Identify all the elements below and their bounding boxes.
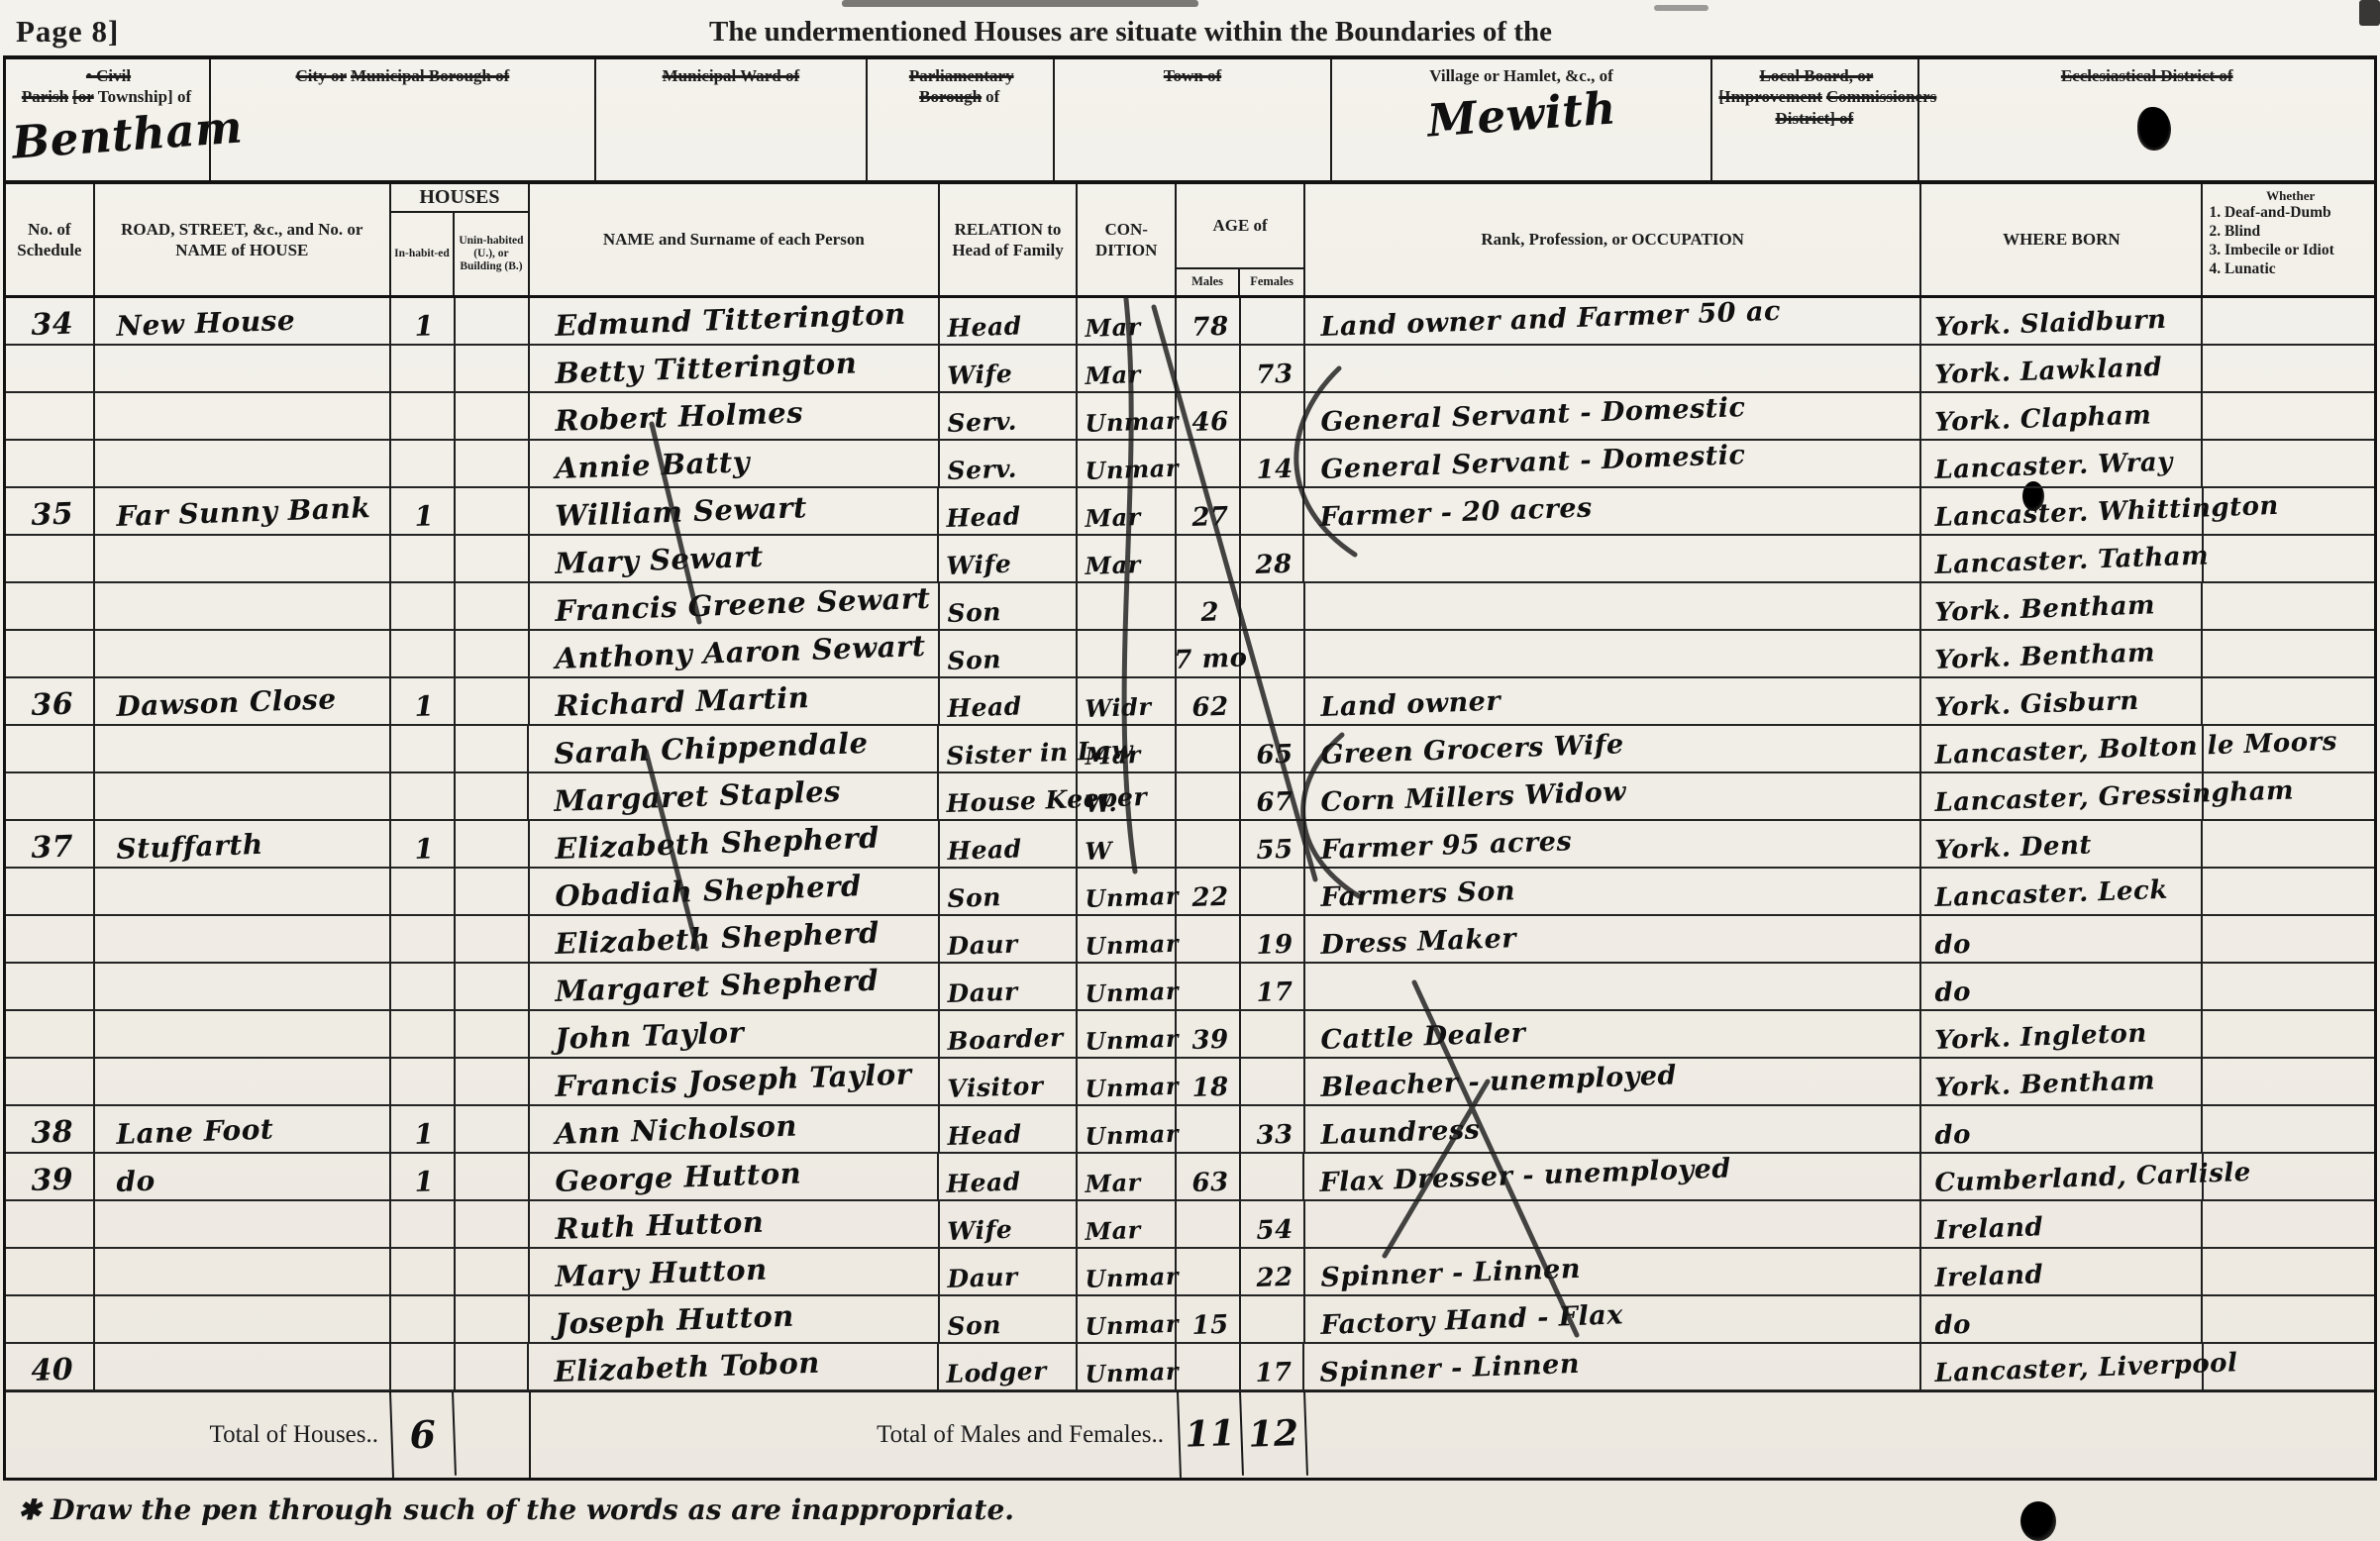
col-header-infirmity: Whether 1. Deaf-and-Dumb 2. Blind 3. Imb… xyxy=(2203,184,2374,295)
road-cell: do xyxy=(95,1154,391,1201)
inhab-cell xyxy=(391,1059,456,1106)
handwritten-entry: Son xyxy=(947,1310,1001,1341)
age-f-cell: 54 xyxy=(1241,1201,1305,1249)
inhab-cell xyxy=(391,773,456,821)
inhab-cell: 1 xyxy=(391,298,456,346)
handwritten-entry: 62 xyxy=(1191,692,1229,723)
handwritten-entry: Serv. xyxy=(947,455,1017,485)
uninhab-cell xyxy=(456,1154,530,1201)
handwritten-entry: Head xyxy=(947,834,1022,866)
age-m-cell xyxy=(1177,1344,1241,1391)
infirmity-cell xyxy=(2203,441,2374,488)
age-m-cell xyxy=(1177,726,1241,773)
uninhab-cell xyxy=(456,916,530,964)
handwritten-entry: Lodger xyxy=(946,1356,1047,1388)
age-m-cell: 39 xyxy=(1177,1011,1241,1059)
relation-cell: Head xyxy=(940,1106,1079,1154)
handwritten-entry: Laundress xyxy=(1320,1114,1481,1151)
handwritten-entry: Son xyxy=(947,882,1001,913)
age-f-cell xyxy=(1241,393,1305,441)
table-row: 37Stuffarth1Elizabeth ShepherdHeadW55Far… xyxy=(6,821,2374,869)
table-row: Annie BattyServ.Unmar14General Servant -… xyxy=(6,441,2374,488)
name-cell: William Sewart xyxy=(530,488,940,536)
relation-cell: Head xyxy=(939,1154,1078,1201)
handwritten-entry: Lancaster, Liverpool xyxy=(1933,1348,2237,1388)
condition-cell: Unmar xyxy=(1078,869,1177,916)
handwritten-entry: Bleacher - unemployed xyxy=(1320,1060,1678,1103)
handwritten-entry: 63 xyxy=(1191,1168,1229,1198)
condition-cell: Unmar xyxy=(1078,1059,1177,1106)
relation-cell: Son xyxy=(940,631,1079,678)
handwritten-entry: Unmar xyxy=(1085,1309,1179,1341)
born-cell: Lancaster, Bolton le Moors xyxy=(1921,726,2204,773)
road-cell: Far Sunny Bank xyxy=(95,488,391,536)
sched-cell xyxy=(6,393,95,441)
handwritten-entry: 27 xyxy=(1191,502,1229,533)
occupation-cell: General Servant - Domestic xyxy=(1305,441,1921,488)
age-f-cell xyxy=(1241,1059,1305,1106)
occupation-cell: Land owner and Farmer 50 ac xyxy=(1305,298,1921,346)
born-cell: Cumberland, Carlisle xyxy=(1921,1154,2204,1201)
col-header-females: Females xyxy=(1240,269,1303,295)
table-row: Francis Greene SewartSon2York. Bentham xyxy=(6,583,2374,631)
total-males-value: 11 xyxy=(1177,1390,1244,1478)
born-cell: Ireland xyxy=(1921,1201,2203,1249)
handwritten-entry: Ireland xyxy=(1934,1260,2044,1293)
handwritten-entry: Elizabeth Tobon xyxy=(554,1346,821,1388)
handwritten-entry: Lane Foot xyxy=(116,1112,274,1151)
uninhab-cell xyxy=(456,1201,530,1249)
inhab-cell xyxy=(391,346,456,393)
infirmity-item: 3. Imbecile or Idiot xyxy=(2209,242,2372,260)
uninhab-cell xyxy=(456,678,530,726)
handwritten-entry: 1 xyxy=(414,832,435,866)
name-cell: Elizabeth Tobon xyxy=(529,1344,939,1391)
sched-cell xyxy=(6,916,95,964)
total-males-females-label: Total of Males and Females.. xyxy=(531,1392,1180,1478)
handwritten-entry: Head xyxy=(946,1167,1021,1198)
col-header-condition: CON-DITION xyxy=(1078,184,1177,295)
name-cell: Francis Greene Sewart xyxy=(530,583,940,631)
handwritten-entry: 7 mo xyxy=(1173,643,1247,675)
age-f-cell: 17 xyxy=(1241,1344,1305,1391)
sched-cell: 40 xyxy=(6,1344,95,1391)
table-row: Mary HuttonDaurUnmar22Spinner - LinnenIr… xyxy=(6,1249,2374,1296)
table-body: 34New House1Edmund TitteringtonHeadMar78… xyxy=(6,298,2374,1391)
occupation-cell xyxy=(1305,346,1921,393)
sched-cell: 36 xyxy=(6,678,95,726)
table-row: 40Elizabeth TobonLodgerUnmar17Spinner - … xyxy=(6,1344,2374,1391)
condition-cell: W. xyxy=(1078,773,1177,821)
name-cell: Mary Sewart xyxy=(530,536,940,583)
name-cell: Margaret Shepherd xyxy=(530,964,940,1011)
handwritten-entry: Ruth Hutton xyxy=(555,1205,765,1246)
road-cell xyxy=(95,631,391,678)
age-m-cell xyxy=(1177,1106,1241,1154)
age-f-cell: 22 xyxy=(1241,1249,1305,1296)
name-cell: Elizabeth Shepherd xyxy=(530,916,940,964)
born-cell: York. Slaidburn xyxy=(1921,298,2203,346)
uninhab-cell xyxy=(456,1059,530,1106)
handwritten-entry: W. xyxy=(1085,788,1118,818)
relation-cell: Sister in Law xyxy=(939,726,1078,773)
name-cell: Ruth Hutton xyxy=(530,1201,940,1249)
handwritten-entry: Ireland xyxy=(1934,1212,2044,1246)
age-f-cell xyxy=(1241,1296,1305,1344)
infirmity-cell xyxy=(2203,821,2374,869)
col-header-where-born: WHERE BORN xyxy=(1921,184,2203,295)
handwritten-entry: Farmer 95 acres xyxy=(1320,826,1573,866)
uninhab-cell xyxy=(456,488,530,536)
name-cell: Elizabeth Shepherd xyxy=(530,821,940,869)
occupation-cell: Cattle Dealer xyxy=(1305,1011,1921,1059)
relation-cell: Wife xyxy=(940,346,1079,393)
handwritten-entry: Dress Maker xyxy=(1320,923,1517,961)
handwritten-entry: 2 xyxy=(1200,597,1220,628)
condition-cell: Mar xyxy=(1078,488,1177,536)
infirmity-item: 2. Blind xyxy=(2209,223,2372,242)
table-row: 34New House1Edmund TitteringtonHeadMar78… xyxy=(6,298,2374,346)
age-f-cell: 67 xyxy=(1241,773,1305,821)
handwritten-entry: Unmar xyxy=(1085,1262,1179,1293)
born-cell: Lancaster, Gressingham xyxy=(1921,773,2204,821)
condition-cell: Unmar xyxy=(1078,1344,1177,1391)
table-row: 35Far Sunny Bank1William SewartHeadMar27… xyxy=(6,488,2374,536)
condition-cell: Mar xyxy=(1078,536,1177,583)
age-m-cell: 27 xyxy=(1177,488,1241,536)
handwritten-entry: 1 xyxy=(414,499,435,533)
infirmity-cell xyxy=(2203,583,2374,631)
handwritten-entry: 15 xyxy=(1191,1310,1229,1341)
total-houses-value: 6 xyxy=(389,1390,457,1478)
table-row: John TaylorBoarderUnmar39Cattle DealerYo… xyxy=(6,1011,2374,1059)
born-cell: Lancaster. Whittington xyxy=(1921,488,2204,536)
uninhab-cell xyxy=(456,869,530,916)
handwritten-entry: Farmer - 20 acres xyxy=(1319,492,1593,533)
occupation-cell: General Servant - Domestic xyxy=(1305,393,1921,441)
handwritten-entry: Wife xyxy=(947,1215,1013,1246)
age-f-cell xyxy=(1241,488,1305,536)
infirmity-cell xyxy=(2204,488,2375,536)
handwritten-entry: William Sewart xyxy=(554,490,807,533)
sched-cell xyxy=(6,773,95,821)
handwritten-entry: 1 xyxy=(414,309,435,343)
table-row: 36Dawson Close1Richard MartinHeadWidr62L… xyxy=(6,678,2374,726)
born-cell: York. Bentham xyxy=(1921,583,2203,631)
handwritten-entry: Mar xyxy=(1085,550,1141,580)
relation-cell: Head xyxy=(939,488,1078,536)
condition-cell xyxy=(1078,631,1177,678)
district-cell: Local Board, or [ImprovementCommissioner… xyxy=(1712,59,1919,180)
sched-cell xyxy=(6,346,95,393)
infirmity-cell xyxy=(2203,1106,2374,1154)
handwritten-entry: Mar xyxy=(1085,360,1141,390)
handwritten-entry: Mar xyxy=(1085,312,1141,343)
col-header-road: ROAD, STREET, &c., and No. or NAME of HO… xyxy=(95,184,391,295)
name-cell: Annie Batty xyxy=(530,441,940,488)
sched-cell xyxy=(6,1296,95,1344)
table-row: Robert HolmesServ.Unmar46General Servant… xyxy=(6,393,2374,441)
handwritten-entry: General Servant - Domestic xyxy=(1320,392,1746,438)
handwritten-entry: Boarder xyxy=(947,1023,1064,1056)
condition-cell: Unmar xyxy=(1078,1106,1177,1154)
uninhab-cell xyxy=(456,1011,530,1059)
handwritten-entry: Mar xyxy=(1085,1168,1141,1198)
age-f-cell: 19 xyxy=(1241,916,1305,964)
handwritten-entry: do xyxy=(1934,1310,1972,1341)
handwritten-entry: 37 xyxy=(30,830,73,866)
totals-spacer xyxy=(457,1392,531,1478)
road-cell xyxy=(95,869,391,916)
sched-cell: 37 xyxy=(6,821,95,869)
inhab-cell: 1 xyxy=(391,1106,456,1154)
inhab-cell: 1 xyxy=(391,488,456,536)
handwritten-entry: do xyxy=(1934,930,1972,961)
handwritten-entry: Mary Hutton xyxy=(554,1253,767,1293)
handwritten-entry: Mar xyxy=(1085,1215,1141,1246)
born-cell: do xyxy=(1921,916,2203,964)
relation-cell: Wife xyxy=(940,1201,1079,1249)
inhab-cell xyxy=(391,583,456,631)
age-m-cell: 46 xyxy=(1177,393,1241,441)
handwritten-entry: 54 xyxy=(1256,1215,1293,1246)
condition-cell: Mar xyxy=(1078,298,1177,346)
handwritten-entry: 14 xyxy=(1256,455,1293,485)
occupation-cell: Corn Millers Widow xyxy=(1305,773,1921,821)
handwritten-entry: Francis Greene Sewart xyxy=(555,581,931,628)
age-m-cell xyxy=(1177,441,1241,488)
infirmity-cell xyxy=(2203,678,2374,726)
handwritten-entry: 1 xyxy=(414,689,435,723)
handwritten-entry: Widr xyxy=(1085,692,1152,723)
condition-cell: Mar xyxy=(1078,1154,1177,1201)
handwritten-entry: Edmund Titterington xyxy=(555,297,906,343)
age-title: AGE of xyxy=(1177,184,1303,267)
age-m-cell: 18 xyxy=(1177,1059,1241,1106)
handwritten-entry: York. Ingleton xyxy=(1934,1019,2147,1056)
occupation-cell xyxy=(1305,964,1921,1011)
born-cell: do xyxy=(1921,964,2203,1011)
sched-cell xyxy=(6,583,95,631)
table-frame: • Civil Parish[orTownship] ofBenthamCity… xyxy=(3,55,2377,1481)
handwritten-entry: Obadiah Shepherd xyxy=(554,869,861,913)
inhab-cell xyxy=(391,1296,456,1344)
sched-cell xyxy=(6,869,95,916)
road-cell xyxy=(95,393,391,441)
handwritten-entry: Lancaster. Wray xyxy=(1934,448,2173,485)
table-row: Joseph HuttonSonUnmar15Factory Hand - Fl… xyxy=(6,1296,2374,1344)
col-header-name: NAME and Surname of each Person xyxy=(530,184,940,295)
district-value: Mewith xyxy=(1336,75,1707,154)
age-m-cell: 62 xyxy=(1177,678,1241,726)
condition-cell: Unmar xyxy=(1078,393,1177,441)
handwritten-entry: 28 xyxy=(1255,550,1293,580)
handwritten-entry: 39 xyxy=(30,1163,73,1198)
handwritten-entry: 18 xyxy=(1191,1073,1229,1103)
handwritten-entry: Son xyxy=(947,645,1001,675)
road-cell xyxy=(95,1296,391,1344)
handwritten-entry: Unmar xyxy=(1085,881,1179,913)
born-cell: York. Bentham xyxy=(1921,1059,2203,1106)
inhab-cell xyxy=(391,964,456,1011)
occupation-cell xyxy=(1305,631,1921,678)
age-f-cell xyxy=(1241,1154,1305,1201)
uninhab-cell xyxy=(456,1106,530,1154)
inhab-cell xyxy=(391,869,456,916)
table-row: Anthony Aaron SewartSon7 moYork. Bentham xyxy=(6,631,2374,678)
born-cell: do xyxy=(1921,1296,2203,1344)
relation-cell: Son xyxy=(940,869,1079,916)
age-m-cell xyxy=(1177,773,1241,821)
handwritten-entry: Wife xyxy=(946,550,1012,580)
handwritten-entry: 40 xyxy=(30,1353,73,1388)
name-cell: Anthony Aaron Sewart xyxy=(530,631,940,678)
uninhab-cell xyxy=(456,393,530,441)
handwritten-entry: Dawson Close xyxy=(116,682,337,723)
inhab-cell xyxy=(391,726,456,773)
age-f-cell xyxy=(1241,1011,1305,1059)
handwritten-entry: Farmers Son xyxy=(1320,875,1516,913)
occupation-cell: Spinner - Linnen xyxy=(1305,1249,1921,1296)
table-row: 38Lane Foot1Ann NicholsonHeadUnmar33Laun… xyxy=(6,1106,2374,1154)
sched-cell xyxy=(6,441,95,488)
name-cell: Sarah Chippendale xyxy=(529,726,939,773)
houses-title: HOUSES xyxy=(391,184,528,213)
handwritten-entry: Elizabeth Shepherd xyxy=(554,916,880,961)
handwritten-entry: Daur xyxy=(947,930,1018,961)
district-label: Town of xyxy=(1061,65,1323,86)
occupation-cell: Land owner xyxy=(1305,678,1921,726)
born-cell: Lancaster. Tatham xyxy=(1921,536,2204,583)
totals-empty xyxy=(1308,1392,2374,1478)
infirmity-item: 4. Lunatic xyxy=(2209,260,2372,279)
age-m-cell xyxy=(1177,964,1241,1011)
table-row: Margaret StaplesHouse KeeperW.67Corn Mil… xyxy=(6,773,2374,821)
uninhab-cell xyxy=(456,441,530,488)
handwritten-entry: 65 xyxy=(1255,740,1293,770)
handwritten-entry: Unmar xyxy=(1085,1357,1179,1388)
handwritten-entry: York. Dent xyxy=(1934,830,2092,866)
sched-cell xyxy=(6,964,95,1011)
handwritten-entry: do xyxy=(116,1165,155,1198)
road-cell: Stuffarth xyxy=(95,821,391,869)
uninhab-cell xyxy=(456,1249,530,1296)
road-cell xyxy=(95,1344,391,1391)
handwritten-entry: George Hutton xyxy=(554,1156,801,1198)
age-f-cell xyxy=(1241,583,1305,631)
district-label: Ecclesiastical District of xyxy=(1925,65,2368,86)
district-cell: City orMunicipal Borough of xyxy=(211,59,596,180)
handwritten-entry: Head xyxy=(947,691,1022,723)
handwritten-entry: Margaret Shepherd xyxy=(554,964,879,1008)
inhab-cell xyxy=(391,1344,456,1391)
relation-cell: Boarder xyxy=(940,1011,1079,1059)
age-m-cell: 78 xyxy=(1177,298,1241,346)
district-cell: • Civil Parish[orTownship] ofBentham xyxy=(6,59,211,180)
infirmity-item: 1. Deaf-and-Dumb xyxy=(2209,204,2372,223)
handwritten-entry: 34 xyxy=(30,307,73,343)
sched-cell xyxy=(6,1201,95,1249)
condition-cell: Unmar xyxy=(1078,1011,1177,1059)
infirmity-cell xyxy=(2204,1344,2374,1391)
infirmity-cell xyxy=(2203,631,2374,678)
inhab-cell: 1 xyxy=(391,678,456,726)
col-header-males: Males xyxy=(1177,269,1240,295)
handwritten-entry: Robert Holmes xyxy=(554,395,803,438)
infirmity-cell xyxy=(2203,916,2374,964)
relation-cell: Son xyxy=(940,1296,1079,1344)
handwritten-entry: 22 xyxy=(1191,882,1229,913)
age-m-cell: 7 mo xyxy=(1177,631,1241,678)
uninhab-cell xyxy=(456,346,530,393)
handwritten-entry: York. Bentham xyxy=(1934,1066,2156,1103)
name-cell: Francis Joseph Taylor xyxy=(530,1059,940,1106)
handwritten-entry: Elizabeth Shepherd xyxy=(555,821,880,866)
handwritten-entry: Spinner - Linnen xyxy=(1320,1254,1582,1293)
handwritten-entry: 22 xyxy=(1256,1263,1293,1293)
handwritten-entry: New House xyxy=(116,304,296,343)
handwritten-entry: Anthony Aaron Sewart xyxy=(555,629,926,675)
age-f-cell xyxy=(1241,298,1305,346)
occupation-cell: Factory Hand - Flax xyxy=(1305,1296,1921,1344)
infirmity-cell xyxy=(2203,1059,2374,1106)
handwritten-entry: York. Gisburn xyxy=(1934,686,2139,723)
age-f-cell: 73 xyxy=(1241,346,1305,393)
sched-cell xyxy=(6,1011,95,1059)
occupation-cell: Flax Dresser - unemployed xyxy=(1304,1154,1920,1201)
handwritten-entry: 17 xyxy=(1256,977,1293,1008)
ink-blot xyxy=(2020,1501,2056,1541)
table-row: Ruth HuttonWifeMar54Ireland xyxy=(6,1201,2374,1249)
condition-cell: Unmar xyxy=(1078,964,1177,1011)
district-value: Bentham xyxy=(10,103,204,168)
age-m-cell xyxy=(1177,916,1241,964)
handwritten-entry: Joseph Hutton xyxy=(554,1299,794,1341)
infirmity-cell xyxy=(2203,298,2374,346)
uninhab-cell xyxy=(456,1296,530,1344)
table-row: Obadiah ShepherdSonUnmar22Farmers SonLan… xyxy=(6,869,2374,916)
road-cell: New House xyxy=(95,298,391,346)
age-m-cell xyxy=(1177,346,1241,393)
relation-cell: Head xyxy=(940,821,1079,869)
age-f-cell: 17 xyxy=(1241,964,1305,1011)
table-row: Betty TitteringtonWifeMar73York. Lawklan… xyxy=(6,346,2374,393)
born-cell: Ireland xyxy=(1921,1249,2203,1296)
born-cell: York. Gisburn xyxy=(1921,678,2203,726)
age-f-cell xyxy=(1241,631,1305,678)
occupation-cell: Dress Maker xyxy=(1305,916,1921,964)
road-cell xyxy=(95,1249,391,1296)
age-m-cell xyxy=(1177,821,1241,869)
road-cell xyxy=(95,916,391,964)
handwritten-entry: 35 xyxy=(30,497,73,533)
handwritten-entry: 55 xyxy=(1256,835,1293,866)
condition-cell: Unmar xyxy=(1078,916,1177,964)
total-houses-label: Total of Houses.. xyxy=(6,1392,392,1478)
name-cell: Edmund Titterington xyxy=(530,298,940,346)
age-m-cell: 2 xyxy=(1177,583,1241,631)
district-cell: Municipal Ward of xyxy=(596,59,868,180)
table-row: Elizabeth ShepherdDaurUnmar19Dress Maker… xyxy=(6,916,2374,964)
relation-cell: Son xyxy=(940,583,1079,631)
name-cell: Obadiah Shepherd xyxy=(530,869,940,916)
relation-cell: Daur xyxy=(940,964,1079,1011)
relation-cell: House Keeper xyxy=(939,773,1078,821)
sched-cell xyxy=(6,631,95,678)
handwritten-entry: Far Sunny Bank xyxy=(116,491,371,533)
road-cell xyxy=(95,583,391,631)
sched-cell xyxy=(6,1249,95,1296)
